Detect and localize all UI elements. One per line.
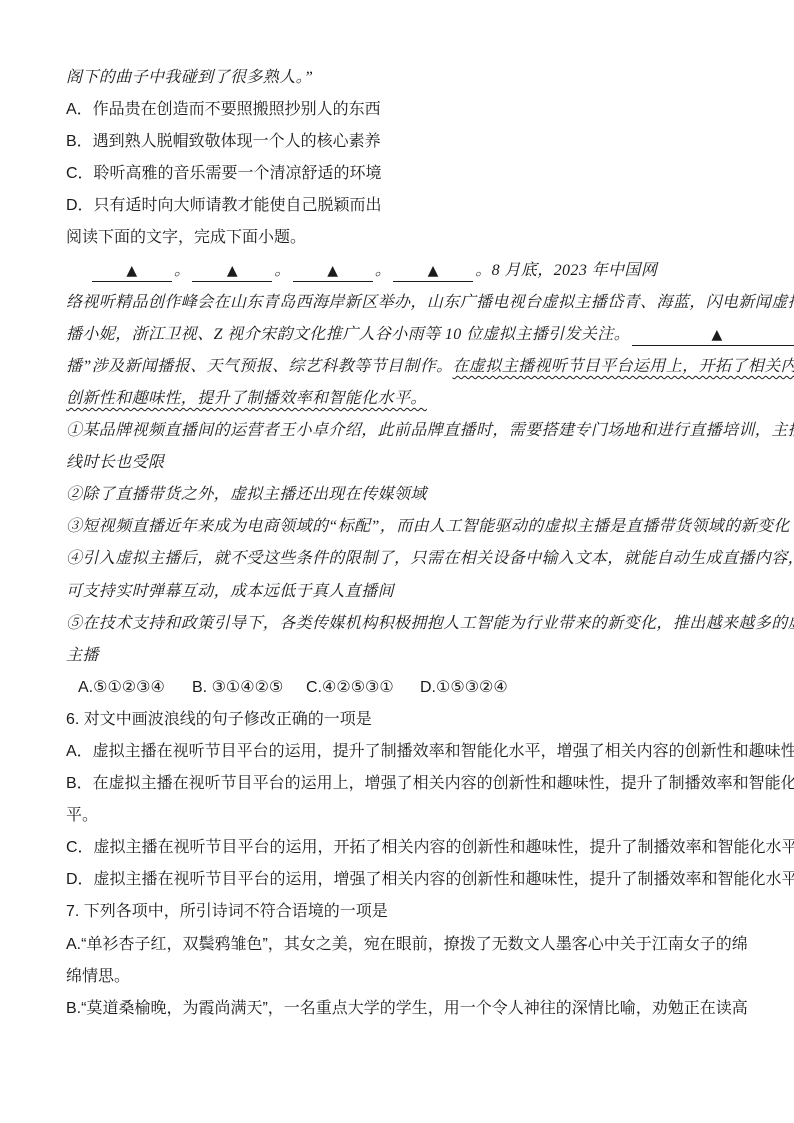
sentence1-line1-text: ①某品牌视频直播间的运营者王小卓介绍，此前品牌直播时，需要搭建专门场地和进行直播… bbox=[66, 422, 794, 439]
passage-line4: 播”涉及新闻播报、天气预报、综艺科教等节目制作。在虚拟主播视听节目平台运用上，开… bbox=[66, 351, 734, 383]
question-6-stem: 6. 对文中画波浪线的句子修改正确的一项是 bbox=[66, 704, 734, 736]
blank-separator: 。 bbox=[274, 262, 290, 279]
wavy-underlined-sentence-part1: 在虚拟主播视听节目平台运用上，开拓了相关内容的 bbox=[453, 358, 794, 375]
q6-option-a: A．虚拟主播在视听节目平台的运用，提升了制播效率和智能化水平，增强了相关内容的创… bbox=[66, 736, 734, 768]
passage-blanks-line: ▲。▲。▲。▲。8 月底，2023 年中国网 bbox=[66, 255, 734, 287]
passage-sentence1-line2: 线时长也受限 bbox=[66, 447, 734, 479]
q7-option-a-line2: 绵情思。 bbox=[66, 961, 734, 993]
continuation-quote-text: 阁下的曲子中我碰到了很多熟人。” bbox=[66, 69, 313, 86]
q6-option-b-line2-text: 平。 bbox=[66, 807, 98, 824]
q7-option-a-line2-text: 绵情思。 bbox=[66, 968, 130, 985]
sentence5-line1-text: ⑤在技术支持和政策引导下，各类传媒机构积极拥抱人工智能为行业带来的新变化，推出越… bbox=[66, 615, 794, 632]
blank-separator: 。 bbox=[475, 262, 491, 279]
q6-option-c: C．虚拟主播在视听节目平台的运用，开拓了相关内容的创新性和趣味性，提升了制播效率… bbox=[66, 832, 734, 864]
q5-context-option-b: B．遇到熟人脱帽致敬体现一个人的核心素养 bbox=[66, 126, 734, 158]
q5-context-option-a-text: A．作品贵在创造而不要照搬照抄别人的东西 bbox=[66, 101, 381, 118]
q5-order-option-a: A.⑤①②③④ bbox=[78, 672, 192, 704]
q5-order-options-row: A.⑤①②③④B. ③①④②⑤C.④②⑤③①D.①⑤③②④ bbox=[66, 672, 734, 704]
fill-blank-4: ▲ bbox=[393, 258, 473, 282]
passage-sentence3: ③短视频直播近年来成为电商领域的“标配”，而由人工智能驱动的虚拟主播是直播带货领… bbox=[66, 511, 734, 543]
q6-option-b-line2: 平。 bbox=[66, 800, 734, 832]
q6-option-d: D．虚拟主播在视听节目平台的运用，增强了相关内容的创新性和趣味性，提升了制播效率… bbox=[66, 864, 734, 896]
reading-instruction: 阅读下面的文字，完成下面小题。 bbox=[66, 222, 734, 254]
q5-context-option-c: C．聆听高雅的音乐需要一个清凉舒适的环境 bbox=[66, 158, 734, 190]
triangle-mark: ▲ bbox=[126, 263, 137, 279]
passage-line5: 创新性和趣味性，提升了制播效率和智能化水平。 bbox=[66, 383, 734, 415]
q5-context-option-b-text: B．遇到熟人脱帽致敬体现一个人的核心素养 bbox=[66, 133, 381, 150]
q5-order-option-b: B. ③①④②⑤ bbox=[192, 672, 306, 704]
page-text-column: 阁下的曲子中我碰到了很多熟人。” A．作品贵在创造而不要照搬照抄别人的东西 B．… bbox=[66, 62, 734, 1025]
passage-line3-pre-text: 播小妮，浙江卫视、Z 视介宋韵文化推广人谷小雨等 10 位虚拟主播引发关注。 bbox=[66, 326, 630, 343]
blank-separator: 。 bbox=[375, 262, 391, 279]
exam-paper-page: 阁下的曲子中我碰到了很多熟人。” A．作品贵在创造而不要照搬照抄别人的东西 B．… bbox=[0, 0, 794, 1123]
fill-blank-2: ▲ bbox=[192, 258, 272, 282]
passage-sentence1-line1: ①某品牌视频直播间的运营者王小卓介绍，此前品牌直播时，需要搭建专门场地和进行直播… bbox=[66, 415, 734, 447]
continuation-quote-line: 阁下的曲子中我碰到了很多熟人。” bbox=[66, 62, 734, 94]
sentence3-text: ③短视频直播近年来成为电商领域的“标配”，而由人工智能驱动的虚拟主播是直播带货领… bbox=[66, 518, 790, 535]
q7-option-b-line1-text: B.“莫道桑榆晚，为霞尚满天”，一名重点大学的学生，用一个令人神往的深情比喻，劝… bbox=[66, 1000, 748, 1017]
sentence2-text: ②除了直播带货之外，虚拟主播还出现在传媒领域 bbox=[66, 486, 427, 503]
passage-sentence5-line1: ⑤在技术支持和政策引导下，各类传媒机构积极拥抱人工智能为行业带来的新变化，推出越… bbox=[66, 608, 734, 640]
sentence4-line2-text: 可支持实时弹幕互动，成本远低于真人直播间 bbox=[66, 583, 394, 600]
q5-context-option-d: D．只有适时向大师请教才能使自己脱颖而出 bbox=[66, 190, 734, 222]
wavy-underlined-sentence-part2: 创新性和趣味性，提升了制播效率和智能化水平。 bbox=[66, 390, 427, 407]
q7-option-a-line1-text: A.“单衫杏子红，双鬓鸦雏色”，其女之美，宛在眼前，撩拨了无数文人墨客心中关于江… bbox=[66, 936, 748, 953]
passage-sentence4-line1: ④引入虚拟主播后，就不受这些条件的限制了，只需在相关设备中输入文本，就能自动生成… bbox=[66, 543, 734, 575]
triangle-mark: ▲ bbox=[428, 263, 439, 279]
sentence1-line2-text: 线时长也受限 bbox=[66, 454, 164, 471]
q7-option-b-line1: B.“莫道桑榆晚，为霞尚满天”，一名重点大学的学生，用一个令人神往的深情比喻，劝… bbox=[66, 993, 734, 1025]
q5-context-option-d-text: D．只有适时向大师请教才能使自己脱颖而出 bbox=[66, 197, 382, 214]
passage-sentence5-line2: 主播 bbox=[66, 640, 734, 672]
q6-option-d-text: D．虚拟主播在视听节目平台的运用，增强了相关内容的创新性和趣味性，提升了制播效率… bbox=[66, 871, 794, 888]
sentence4-line1-text: ④引入虚拟主播后，就不受这些条件的限制了，只需在相关设备中输入文本，就能自动生成… bbox=[66, 550, 794, 567]
question-6-stem-text: 6. 对文中画波浪线的句子修改正确的一项是 bbox=[66, 711, 372, 728]
triangle-mark: ▲ bbox=[327, 263, 338, 279]
triangle-mark: ▲ bbox=[712, 327, 723, 343]
fill-blank-3: ▲ bbox=[293, 258, 373, 282]
fill-blank-1: ▲ bbox=[92, 258, 172, 282]
q6-option-b-line1-text: B．在虚拟主播在视听节目平台的运用上，增强了相关内容的创新性和趣味性，提升了制播… bbox=[66, 775, 794, 792]
question-7-stem: 7. 下列各项中，所引诗词不符合语境的一项是 bbox=[66, 896, 734, 928]
passage-sentence4-line2: 可支持实时弹幕互动，成本远低于真人直播间 bbox=[66, 576, 734, 608]
reading-instruction-text: 阅读下面的文字，完成下面小题。 bbox=[66, 229, 306, 246]
passage-line1-text: 8 月底，2023 年中国网 bbox=[492, 262, 658, 279]
q6-option-b-line1: B．在虚拟主播在视听节目平台的运用上，增强了相关内容的创新性和趣味性，提升了制播… bbox=[66, 768, 734, 800]
q6-option-a-text: A．虚拟主播在视听节目平台的运用，提升了制播效率和智能化水平，增强了相关内容的创… bbox=[66, 743, 794, 760]
passage-line3: 播小妮，浙江卫视、Z 视介宋韵文化推广人谷小雨等 10 位虚拟主播引发关注。▲。… bbox=[66, 319, 734, 351]
q5-order-option-d: D.①⑤③②④ bbox=[420, 679, 508, 696]
passage-line4-normal-text: 播”涉及新闻播报、天气预报、综艺科教等节目制作。 bbox=[66, 358, 453, 375]
sentence5-line2-text: 主播 bbox=[66, 647, 99, 664]
q5-order-option-c: C.④②⑤③① bbox=[306, 672, 420, 704]
fill-blank-5: ▲ bbox=[632, 322, 794, 346]
triangle-mark: ▲ bbox=[227, 263, 238, 279]
q5-context-option-c-text: C．聆听高雅的音乐需要一个清凉舒适的环境 bbox=[66, 165, 382, 182]
passage-sentence2: ②除了直播带货之外，虚拟主播还出现在传媒领域 bbox=[66, 479, 734, 511]
question-7-stem-text: 7. 下列各项中，所引诗词不符合语境的一项是 bbox=[66, 903, 388, 920]
q7-option-a-line1: A.“单衫杏子红，双鬓鸦雏色”，其女之美，宛在眼前，撩拨了无数文人墨客心中关于江… bbox=[66, 929, 734, 961]
blank-separator: 。 bbox=[174, 262, 190, 279]
q5-context-option-a: A．作品贵在创造而不要照搬照抄别人的东西 bbox=[66, 94, 734, 126]
passage-line2-text: 络视听精品创作峰会在山东青岛西海岸新区举办，山东广播电视台虚拟主播岱青、海蓝，闪… bbox=[66, 294, 794, 311]
passage-line2: 络视听精品创作峰会在山东青岛西海岸新区举办，山东广播电视台虚拟主播岱青、海蓝，闪… bbox=[66, 287, 734, 319]
q6-option-c-text: C．虚拟主播在视听节目平台的运用，开拓了相关内容的创新性和趣味性，提升了制播效率… bbox=[66, 839, 794, 856]
